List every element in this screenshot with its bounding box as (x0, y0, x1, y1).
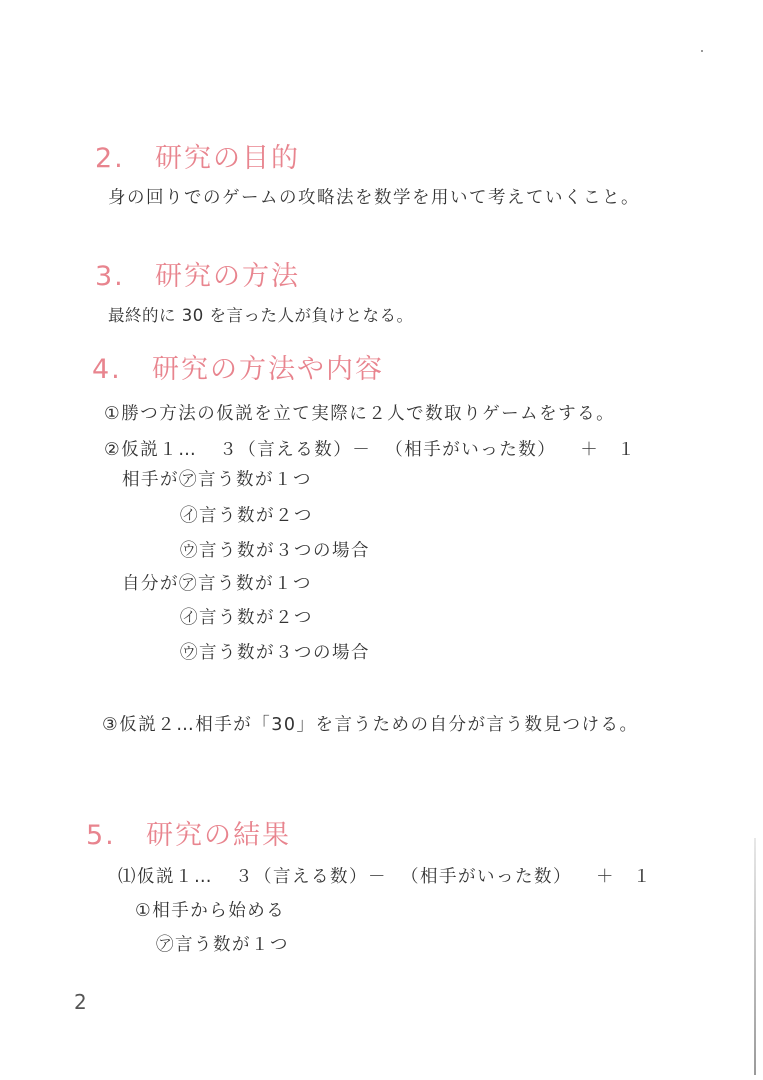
formula-one: １ (633, 867, 652, 887)
section-2-heading: 2.研究の目的 (95, 136, 300, 175)
document-page: 2.研究の目的 身の回りでのゲームの攻略法を数学を用いて考えていくこと。 3.研… (0, 0, 763, 1080)
section-title: 研究の方法や内容 (152, 354, 384, 385)
formula-part-a: ３（言える数）－ (235, 867, 387, 887)
method-item-1: ①勝つ方法の仮説を立て実際に２人で数取りゲームをする。 (104, 400, 615, 425)
formula-plus: ＋ (580, 440, 599, 460)
section-3-body: 最終的に 30 を言った人が負けとなる。 (108, 302, 414, 326)
result-sub-1: ①相手から始める (135, 897, 285, 922)
opponent-case-c: ㋒言う数が３つの場合 (180, 537, 370, 562)
opponent-case-a: 相手が㋐言う数が１つ (122, 466, 312, 491)
opponent-prefix: 相手が (122, 470, 179, 490)
section-number: 3. (95, 261, 155, 292)
section-2-body: 身の回りでのゲームの攻略法を数学を用いて考えていくこと。 (108, 184, 640, 209)
method-item-2: ②仮説１…３（言える数）－（相手がいった数）＋１ (104, 436, 636, 461)
section-4-heading: 4.研究の方法や内容 (92, 347, 384, 386)
section-number: 4. (92, 354, 152, 385)
self-case-c: ㋒言う数が３つの場合 (180, 639, 370, 664)
section-title: 研究の結果 (146, 820, 291, 851)
formula-one: １ (617, 440, 636, 460)
section-3-heading: 3.研究の方法 (95, 254, 300, 293)
section-title: 研究の目的 (155, 143, 300, 174)
scan-edge-line (754, 838, 756, 1075)
hypothesis-label: ⑴仮説１… (118, 867, 213, 887)
section-5-heading: 5.研究の結果 (86, 813, 291, 852)
self-case-a: 自分が㋐言う数が１つ (122, 570, 312, 595)
formula-part-a: ３（言える数）－ (219, 440, 371, 460)
formula-plus: ＋ (596, 867, 615, 887)
self-case-b: ㋑言う数が２つ (180, 604, 313, 629)
section-number: 5. (86, 820, 146, 851)
hypothesis-label: ②仮説１… (104, 440, 197, 460)
formula-part-b: （相手がいった数） (401, 867, 572, 887)
section-number: 2. (95, 143, 155, 174)
formula-part-b: （相手がいった数） (385, 440, 556, 460)
result-hypothesis-1: ⑴仮説１…３（言える数）－（相手がいった数）＋１ (118, 863, 652, 888)
method-item-3: ③仮説２…相手が「30」を言うための自分が言う数見つける。 (102, 711, 638, 736)
opponent-case-b: ㋑言う数が２つ (180, 502, 313, 527)
result-sub-1a: ㋐言う数が１つ (156, 931, 289, 956)
section-title: 研究の方法 (155, 261, 300, 292)
scan-speck (701, 50, 703, 52)
self-prefix: 自分が (122, 574, 179, 594)
page-number: 2 (74, 990, 87, 1014)
